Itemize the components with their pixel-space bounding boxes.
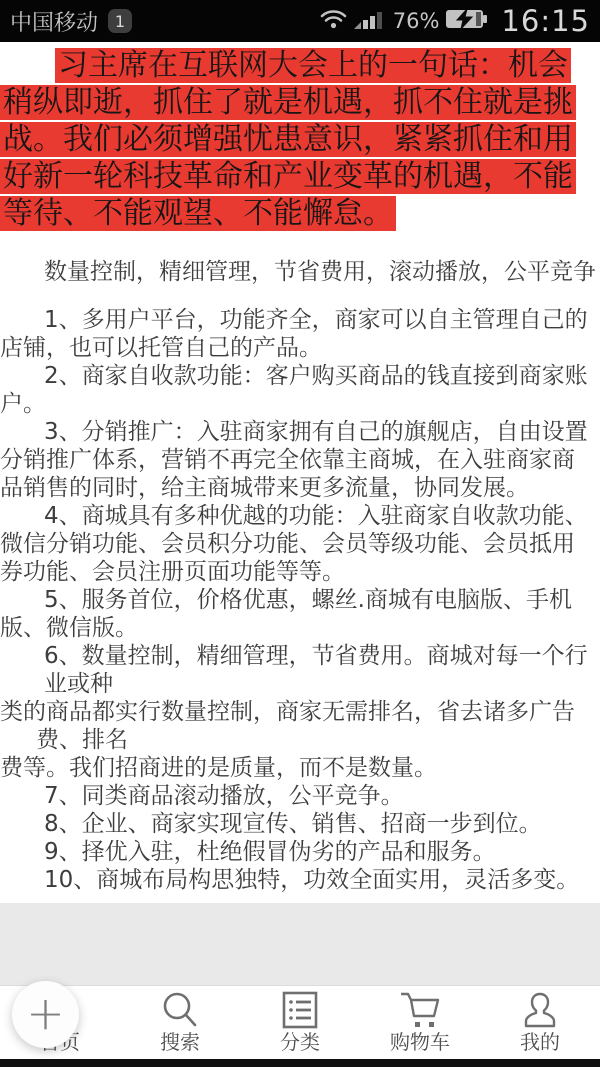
system-nav-strip: [0, 1059, 600, 1067]
subtitle-line: 数量控制，精细管理，节省费用，滚动播放，公平竞争: [0, 258, 600, 286]
highlighted-quote-block: 习主席在互联网大会上的一句话：机会稍纵即逝，抓住了就是机遇，抓不住就是挑战。我们…: [0, 48, 600, 233]
signal-icon: [354, 8, 386, 34]
phone-screen: 中国移动 1 76%: [0, 0, 600, 1067]
body-line: 户。: [0, 390, 600, 418]
quote-line: 战。我们必须增强忧患意识，紧紧抓住和用: [0, 122, 600, 159]
nav-item-mine[interactable]: 我的: [480, 986, 600, 1059]
body-line: 微信分销功能、会员积分功能、会员等级功能、会员抵用: [0, 530, 600, 558]
body-line: 9、择优入驻，杜绝假冒伪劣的产品和服务。: [0, 838, 600, 866]
wifi-icon: [320, 8, 347, 34]
highlighted-text: 等待、不能观望、不能懈怠。: [0, 196, 396, 231]
search-icon: [160, 989, 200, 1031]
body-line: 券功能、会员注册页面功能等等。: [0, 558, 600, 586]
body-line: 10、商城布局构思独特，功效全面实用，灵活多变。: [0, 866, 600, 894]
body-line: 1、多用户平台，功能齐全，商家可以自主管理自己的: [0, 306, 600, 334]
highlighted-text: 稍纵即逝，抓住了就是机遇，抓不住就是挑: [0, 85, 576, 120]
highlighted-text: 习主席在互联网大会上的一句话：机会: [55, 48, 571, 83]
cart-icon: [398, 989, 442, 1031]
add-floating-button[interactable]: +: [12, 981, 79, 1048]
nav-item-category[interactable]: 分类: [240, 986, 360, 1059]
highlighted-text: 战。我们必须增强忧患意识，紧紧抓住和用: [0, 122, 576, 157]
quote-line: 习主席在互联网大会上的一句话：机会: [0, 48, 600, 85]
nav-item-label: 搜索: [160, 1031, 200, 1053]
body-line: 4、商城具有多种优越的功能：入驻商家自收款功能、: [0, 502, 600, 530]
body-line: 类的商品都实行数量控制，商家无需排名，省去诸多广告: [0, 698, 600, 726]
clock-label: 16:15: [501, 4, 590, 38]
status-bar: 中国移动 1 76%: [0, 0, 600, 42]
plus-icon: +: [26, 990, 65, 1036]
quote-line: 好新一轮科技革命和产业变革的机遇，不能: [0, 159, 600, 196]
body-line: 费、排名: [0, 726, 600, 754]
nav-item-cart[interactable]: 购物车: [360, 986, 480, 1059]
quote-line: 等待、不能观望、不能懈怠。: [0, 196, 600, 233]
body-line: 分销推广体系，营销不再完全依靠主商城，在入驻商家商: [0, 446, 600, 474]
carrier-label: 中国移动: [10, 6, 98, 37]
body-line: 版、微信版。: [0, 614, 600, 642]
notification-badge: 1: [108, 9, 132, 33]
quote-line: 稍纵即逝，抓住了就是机遇，抓不住就是挑: [0, 85, 600, 122]
battery-percent-label: 76%: [393, 9, 440, 33]
body-line: 店铺，也可以托管自己的产品。: [0, 334, 600, 362]
bottom-navigation-bar: 首页搜索分类购物车我的: [0, 985, 600, 1059]
highlighted-text: 好新一轮科技革命和产业变革的机遇，不能: [0, 159, 576, 194]
body-line: 8、企业、商家实现宣传、销售、招商一步到位。: [0, 810, 600, 838]
body-line: 费等。我们招商进的是质量，而不是数量。: [0, 754, 600, 782]
nav-item-label: 分类: [280, 1031, 320, 1053]
body-line: 业或种: [0, 670, 600, 698]
article-content: 习主席在互联网大会上的一句话：机会稍纵即逝，抓住了就是机遇，抓不住就是挑战。我们…: [0, 42, 600, 894]
content-end-band: [0, 903, 600, 985]
nav-item-label: 购物车: [390, 1031, 450, 1053]
battery-charging-icon: [446, 8, 488, 34]
nav-item-label: 我的: [520, 1031, 560, 1053]
body-line: 品销售的同时，给主商城带来更多流量，协同发展。: [0, 474, 600, 502]
body-line: 2、商家自收款功能：客户购买商品的钱直接到商家账: [0, 362, 600, 390]
body-line: 5、服务首位，价格优惠，螺丝.商城有电脑版、手机: [0, 586, 600, 614]
body-line: 6、数量控制，精细管理，节省费用。商城对每一个行: [0, 642, 600, 670]
nav-item-search[interactable]: 搜索: [120, 986, 240, 1059]
profile-icon: [520, 989, 560, 1031]
body-line: 7、同类商品滚动播放，公平竞争。: [0, 782, 600, 810]
category-icon: [280, 989, 320, 1031]
body-text-block: 1、多用户平台，功能齐全，商家可以自主管理自己的店铺，也可以托管自己的产品。2、…: [0, 306, 600, 894]
body-line: 3、分销推广：入驻商家拥有自己的旗舰店，自由设置: [0, 418, 600, 446]
